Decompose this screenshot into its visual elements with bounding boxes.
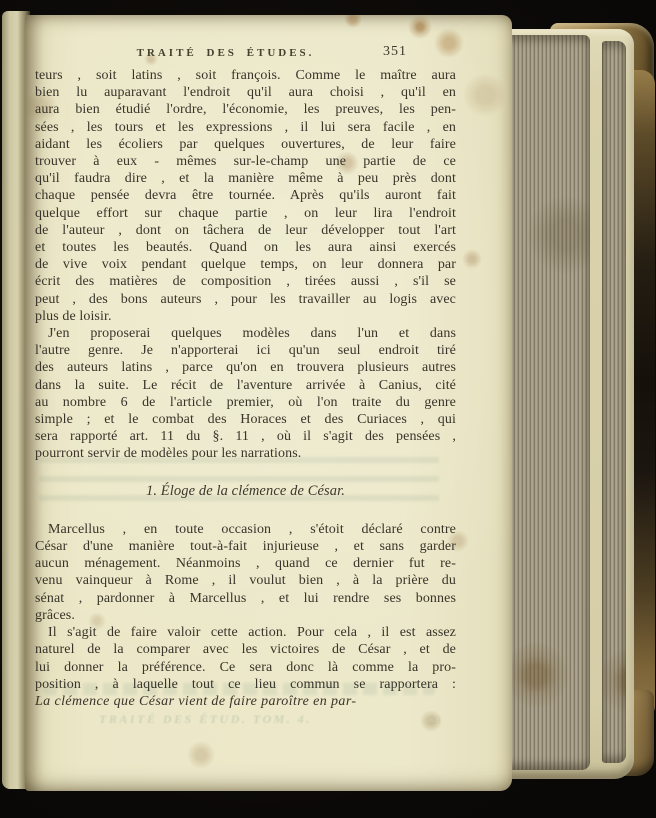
text-line: de vive voix pendant quelque temps, on l… [35,256,456,273]
text-line: qu'il faudra dire , et la manière même à… [35,170,456,187]
text-line: écrit des matières de composition , tiré… [35,273,456,290]
text-line: Marcellus , en toute occasion , s'étoit … [35,521,456,538]
text-line: sera rapporté art. 11 du §. 11 , où il s… [35,428,456,445]
text-line: peut , des bons auteurs , pour les trava… [35,291,456,308]
text-line: J'en proposerai quelques modèles dans l'… [35,325,456,342]
folio-number: 351 [383,43,407,60]
text-line: La clémence que César vient de faire par… [35,693,456,710]
text-line: l'autre genre. Je n'apporterai ici qu'un… [35,342,456,359]
fore-edge-band [506,35,590,770]
text-line: pourront servir de modèles pour les narr… [35,445,456,462]
text-line: venu vainqueur à Rome , il voulut bien ,… [35,572,456,589]
text-line: sénat , pardonner à Marcellus , et lui r… [35,590,456,607]
text-line: grâces. [35,607,456,624]
text-line: chaque pensée devra être tournée. Après … [35,187,456,204]
text-line: sées , les tours et les expressions , il… [35,119,456,136]
text-line: des auteurs latins , parce qu'on en trou… [35,359,456,376]
running-title: TRAITÉ DES ÉTUDES. [35,45,416,62]
fore-edge-band [602,41,626,763]
text-line: aidant les écoliers par quelques ouvertu… [35,136,456,153]
text-line: aura bien étudié l'ordre, l'économie, le… [35,101,456,118]
text-line: lui donner la préférence. Ce sera donc l… [35,659,456,676]
text-line: de l'auteur , dont on tâchera de leur dé… [35,222,456,239]
text-line: position , à laquelle tout ce lieu commu… [35,676,456,693]
fore-edge-page-stack [504,29,634,779]
text-line: quelque effort sur chaque partie , on le… [35,205,456,222]
text-block: TRAITÉ DES ÉTUDES. 351 teurs , soit lati… [35,43,456,743]
text-line: teurs , soit latins , soit françois. Com… [35,67,456,84]
text-line: et toutes les beautés. Quand on les aura… [35,239,456,256]
book-photo: TRAITÉ DES ÉTUD. TOM. 4. 23 TRAITÉ DES É… [0,0,656,818]
book-page: TRAITÉ DES ÉTUD. TOM. 4. 23 TRAITÉ DES É… [25,15,512,791]
text-line: Il s'agit de faire valoir cette action. … [35,624,456,641]
text-line: trouver à eux - mêmes sur-le-champ une p… [35,153,456,170]
text-line: simple ; et le combat des Horaces et des… [35,411,456,428]
body-lines: teurs , soit latins , soit françois. Com… [35,67,456,710]
text-line: dans la suite. Le récit de l'aventure ar… [35,377,456,394]
text-line: bien lu auparavant l'endroit qu'il aura … [35,84,456,101]
page-header: TRAITÉ DES ÉTUDES. 351 [35,43,456,63]
book-cover-edge-right [631,70,655,720]
text-line: au nombre 6 de l'article premier, où l'o… [35,394,456,411]
section-heading: 1. Éloge de la clémence de César. [35,483,456,500]
text-line: César d'une manière tout-à-fait injurieu… [35,538,456,555]
text-line: aucun ménagement. Néanmoins , quand ce d… [35,555,456,572]
text-line: naturel de la comparer avec les victoire… [35,641,456,658]
text-line: plus de loisir. [35,308,456,325]
